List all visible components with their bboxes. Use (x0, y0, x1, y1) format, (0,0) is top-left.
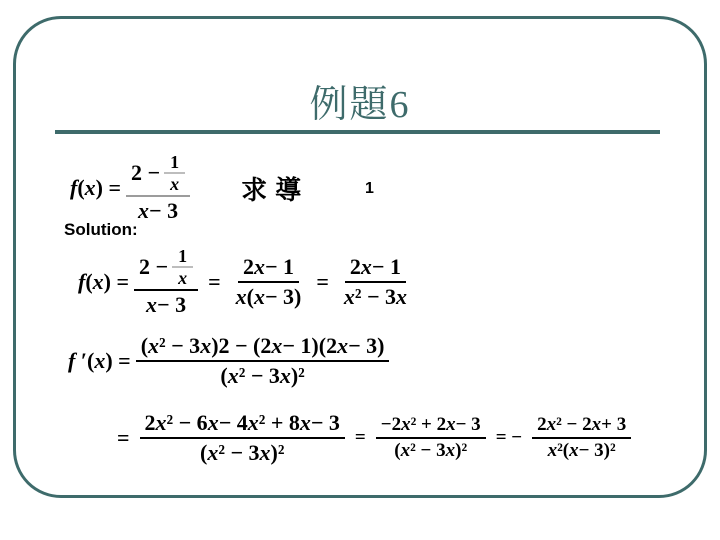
problem-fraction: 2 − 1 x x − 3 (126, 152, 190, 224)
solution-label: Solution: (64, 220, 138, 240)
nested-numerator: 1 (164, 152, 185, 174)
fraction-denominator: x − 3 (133, 197, 183, 224)
step3-frac2-denominator: (x² − 3x)² (389, 439, 472, 462)
step3-frac2-numerator: −2x² + 2x − 3 (376, 414, 486, 439)
step2-equation: f ′(x) = (x² − 3x)2 − (2x − 1)(2x − 3) (… (68, 333, 394, 389)
step3-frac1-numerator: 2x² − 6x − 4x² + 8x − 3 (140, 410, 345, 439)
nested-fraction: 1 x (164, 152, 185, 194)
step1-frac1-numerator-pre: 2 − (139, 254, 168, 280)
step3-fraction1: 2x² − 6x − 4x² + 8x − 3 (x² − 3x)² (140, 410, 345, 466)
equals-sign: = (316, 269, 329, 295)
step1-frac2-numerator: 2x − 1 (238, 254, 299, 283)
equals-sign: = (208, 269, 221, 295)
slide-title: 例題6 (0, 84, 720, 126)
step1-lhs: f(x) = (78, 269, 129, 295)
problem-lhs: f(x) = (70, 175, 121, 201)
step1-equation: f(x) = 2 − 1 x x − 3 = 2x − 1 x(x − 3) =… (78, 246, 417, 318)
problem-equation: f(x) = 2 − 1 x x − 3 求導 (70, 152, 309, 224)
step3-frac1-denominator: (x² − 3x)² (195, 439, 289, 466)
step3-fraction3: 2x² − 2x + 3 x²(x − 3)² (532, 414, 631, 462)
fraction-numerator-pre: 2 − (131, 160, 160, 186)
step1-nested-fraction: 1 x (172, 246, 193, 288)
step1-frac1-denominator: x − 3 (141, 291, 191, 318)
step1-frac3-numerator: 2x − 1 (345, 254, 406, 283)
step1-frac2-denominator: x(x − 3) (231, 283, 307, 310)
step2-lhs: f ′(x) = (68, 348, 131, 374)
task-text: 求導 (241, 170, 309, 207)
step1-frac3-denominator: x² − 3x (339, 283, 412, 310)
step2-fraction: (x² − 3x)2 − (2x − 1)(2x − 3) (x² − 3x)² (136, 333, 390, 389)
step3-fraction2: −2x² + 2x − 3 (x² − 3x)² (376, 414, 486, 462)
nested-denominator: x (164, 174, 185, 194)
step3-frac3-denominator: x²(x − 3)² (543, 439, 621, 462)
step1-fraction2: 2x − 1 x(x − 3) (231, 254, 307, 310)
step2-numerator: (x² − 3x)2 − (2x − 1)(2x − 3) (136, 333, 390, 362)
step1-nested-denominator: x (172, 268, 193, 288)
step1-nested-numerator: 1 (172, 246, 193, 268)
step1-fraction3: 2x − 1 x² − 3x (339, 254, 412, 310)
step1-fraction1: 2 − 1 x x − 3 (134, 246, 198, 318)
step3-equation: = 2x² − 6x − 4x² + 8x − 3 (x² − 3x)² = −… (112, 410, 636, 466)
step2-denominator: (x² − 3x)² (215, 362, 309, 389)
slide-page: 例題6 f(x) = 2 − 1 x x − 3 求導 1 Solution: … (0, 0, 720, 540)
equals-sign: = (117, 425, 130, 451)
stray-digit: 1 (365, 180, 374, 198)
equals-sign: = (355, 427, 366, 449)
step3-frac3-numerator: 2x² − 2x + 3 (532, 414, 631, 439)
equals-minus-sign: = − (496, 427, 522, 449)
title-divider (55, 130, 660, 134)
